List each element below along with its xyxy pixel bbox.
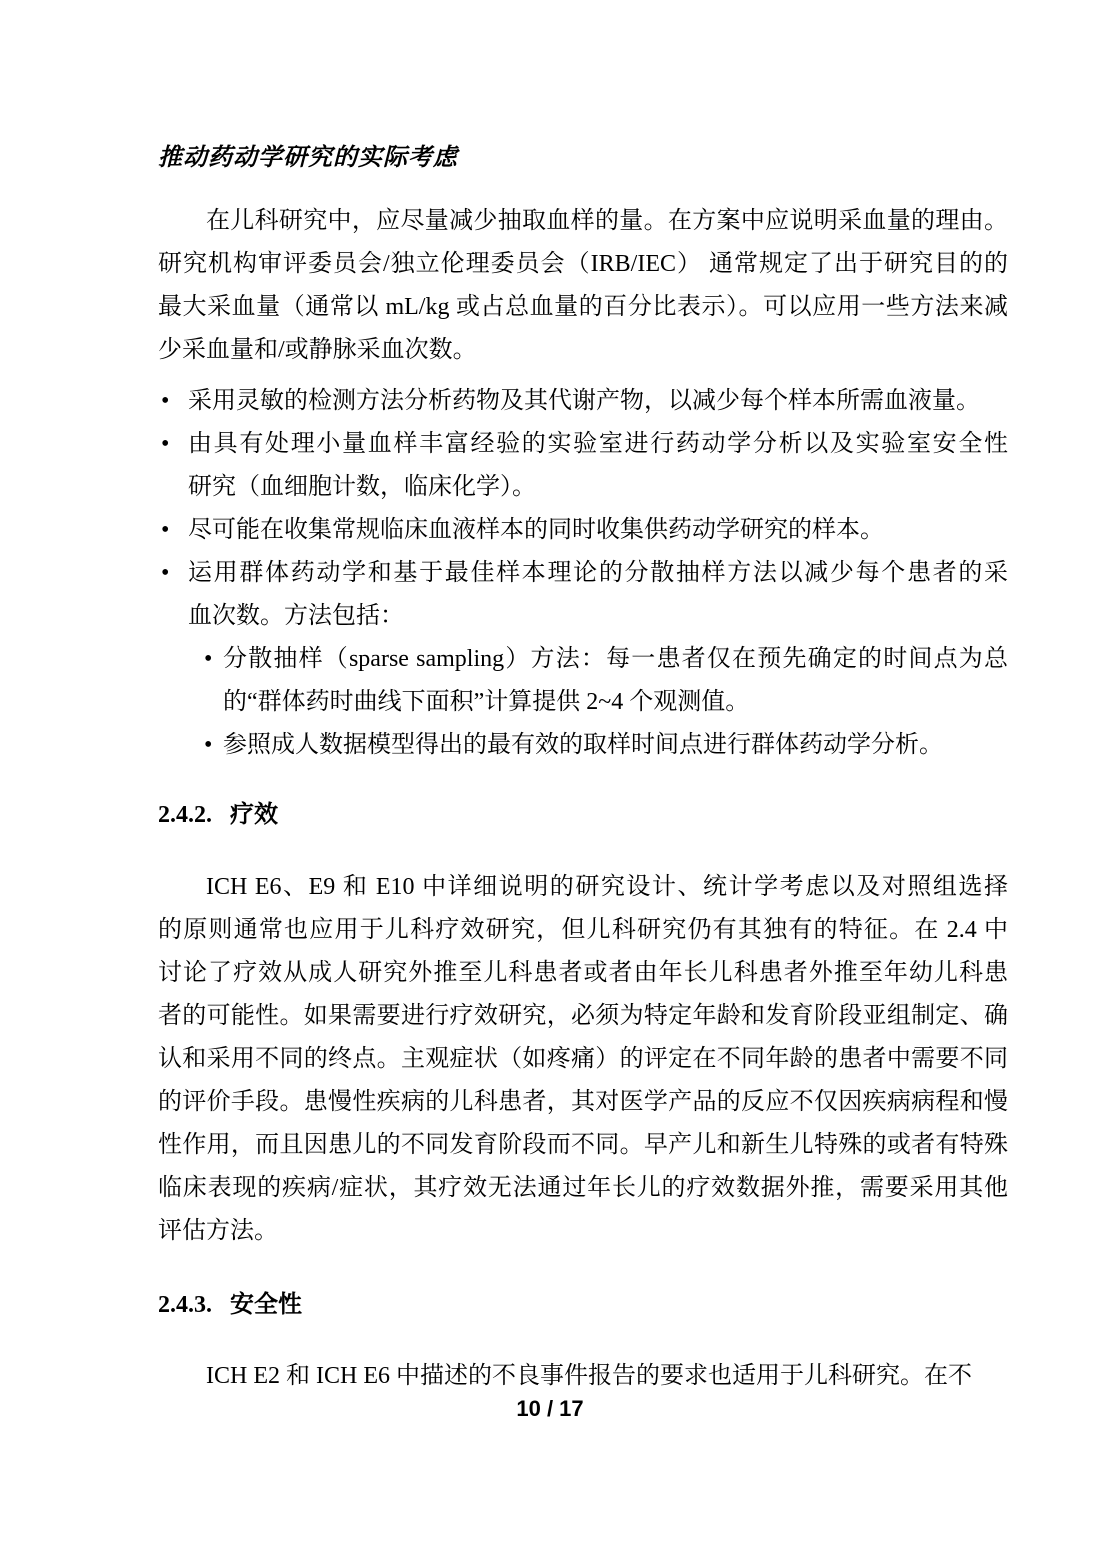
section-heading-efficacy: 2.4.2.疗效 bbox=[158, 793, 1008, 836]
text-line: 的评价手段。患慢性疾病的儿科患者，其对医学产品的反应不仅因疾病病程和慢 bbox=[158, 1081, 1008, 1124]
page-number-footer: 10 / 17 bbox=[0, 1387, 1100, 1430]
bullet-icon: • bbox=[204, 638, 212, 681]
text-line: 由具有处理小量血样丰富经验的实验室进行药动学分析以及实验室安全性 bbox=[188, 423, 1008, 466]
sub-bullet-item: • 分散抽样（sparse sampling）方法：每一患者仅在预先确定的时间点… bbox=[158, 638, 1008, 724]
bullet-icon: • bbox=[161, 509, 169, 552]
text-line: 的“群体药时曲线下面积”计算提供 2~4 个观测值。 bbox=[223, 681, 1008, 724]
text-line: 参照成人数据模型得出的最有效的取样时间点进行群体药动学分析。 bbox=[223, 724, 1008, 767]
subsection-title: 推动药动学研究的实际考虑 bbox=[158, 137, 1008, 180]
heading-label: 安全性 bbox=[230, 1291, 302, 1318]
text-line: 运用群体药动学和基于最佳样本理论的分散抽样方法以减少每个患者的采 bbox=[188, 552, 1008, 595]
bullet-icon: • bbox=[161, 552, 169, 595]
bullet-icon: • bbox=[204, 724, 212, 767]
sub-bullet-item: • 参照成人数据模型得出的最有效的取样时间点进行群体药动学分析。 bbox=[158, 724, 1008, 767]
heading-number: 2.4.3. bbox=[158, 1292, 212, 1318]
text-line: 在儿科研究中，应尽量减少抽取血样的量。在方案中应说明采血量的理由。 bbox=[158, 200, 1008, 243]
paragraph-efficacy: ICH E6、E9 和 E10 中详细说明的研究设计、统计学考虑以及对照组选择 … bbox=[158, 866, 1008, 1253]
text-line: 讨论了疗效从成人研究外推至儿科患者或者由年长儿科患者外推至年幼儿科患 bbox=[158, 952, 1008, 995]
paragraph-blood-sampling: 在儿科研究中，应尽量减少抽取血样的量。在方案中应说明采血量的理由。 研究机构审评… bbox=[158, 200, 1008, 372]
text-line: 最大采血量（通常以 mL/kg 或占总血量的百分比表示）。可以应用一些方法来减 bbox=[158, 286, 1008, 329]
document-page: 推动药动学研究的实际考虑 在儿科研究中，应尽量减少抽取血样的量。在方案中应说明采… bbox=[0, 0, 1100, 1557]
text-line: 认和采用不同的终点。主观症状（如疼痛）的评定在不同年龄的患者中需要不同 bbox=[158, 1038, 1008, 1081]
heading-number: 2.4.2. bbox=[158, 802, 212, 828]
heading-label: 疗效 bbox=[230, 801, 278, 828]
text-line: ICH E6、E9 和 E10 中详细说明的研究设计、统计学考虑以及对照组选择 bbox=[158, 866, 1008, 909]
page-content: 推动药动学研究的实际考虑 在儿科研究中，应尽量减少抽取血样的量。在方案中应说明采… bbox=[158, 137, 1008, 1398]
text-line: 临床表现的疾病/症状，其疗效无法通过年长儿的疗效数据外推，需要采用其他 bbox=[158, 1167, 1008, 1210]
text-line: 者的可能性。如果需要进行疗效研究，必须为特定年龄和发育阶段亚组制定、确 bbox=[158, 995, 1008, 1038]
text-line: 血次数。方法包括： bbox=[188, 595, 1008, 638]
text-line: 分散抽样（sparse sampling）方法：每一患者仅在预先确定的时间点为总 bbox=[223, 638, 1008, 681]
bullet-item: • 尽可能在收集常规临床血液样本的同时收集供药动学研究的样本。 bbox=[158, 509, 1008, 552]
text-line: 评估方法。 bbox=[158, 1210, 1008, 1253]
bullet-item: • 运用群体药动学和基于最佳样本理论的分散抽样方法以减少每个患者的采 血次数。方… bbox=[158, 552, 1008, 638]
text-line: 少采血量和/或静脉采血次数。 bbox=[158, 329, 1008, 372]
bullet-item: • 由具有处理小量血样丰富经验的实验室进行药动学分析以及实验室安全性 研究（血细… bbox=[158, 423, 1008, 509]
text-line: 研究机构审评委员会/独立伦理委员会（IRB/IEC） 通常规定了出于研究目的的 bbox=[158, 243, 1008, 286]
text-line: 研究（血细胞计数，临床化学）。 bbox=[188, 466, 1008, 509]
bullet-icon: • bbox=[161, 380, 169, 423]
text-line: 尽可能在收集常规临床血液样本的同时收集供药动学研究的样本。 bbox=[188, 509, 1008, 552]
bullet-icon: • bbox=[161, 423, 169, 466]
text-line: 的原则通常也应用于儿科疗效研究，但儿科研究仍有其独有的特征。在 2.4 中 bbox=[158, 909, 1008, 952]
bullet-list: • 采用灵敏的检测方法分析药物及其代谢产物，以减少每个样本所需血液量。 • 由具… bbox=[158, 380, 1008, 767]
section-heading-safety: 2.4.3.安全性 bbox=[158, 1283, 1008, 1326]
bullet-item: • 采用灵敏的检测方法分析药物及其代谢产物，以减少每个样本所需血液量。 bbox=[158, 380, 1008, 423]
text-line: 采用灵敏的检测方法分析药物及其代谢产物，以减少每个样本所需血液量。 bbox=[188, 380, 1008, 423]
text-line: 性作用，而且因患儿的不同发育阶段而不同。早产儿和新生儿特殊的或者有特殊 bbox=[158, 1124, 1008, 1167]
